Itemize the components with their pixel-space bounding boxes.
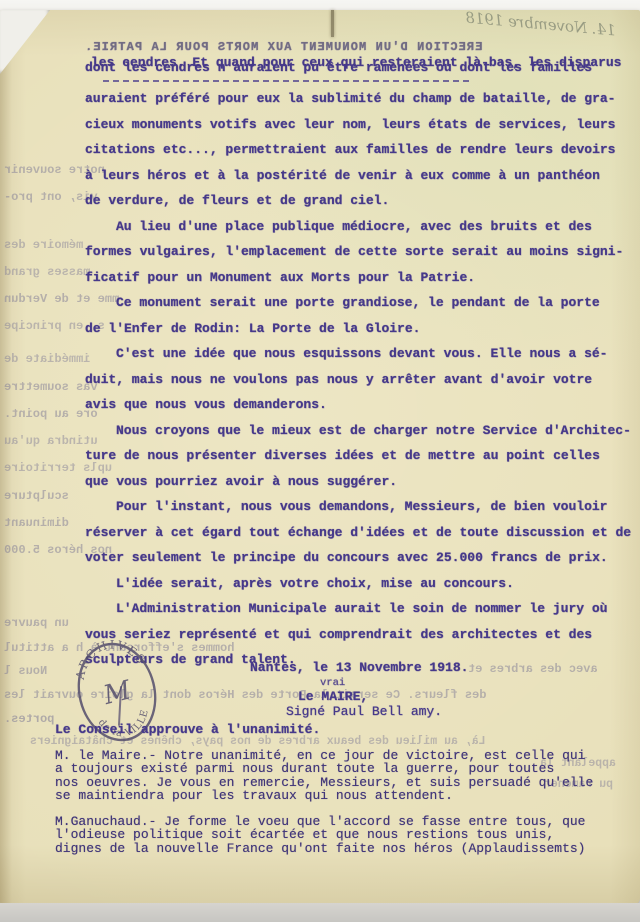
dashed-underline	[103, 80, 469, 82]
scanned-document-page: ERECTION D'UN MONUMENT AUX MORTS POUR LA…	[0, 0, 640, 922]
minutes-line: l'odieuse politique soit écartée et que …	[55, 828, 640, 842]
bleed-fragment: sculpture	[4, 489, 69, 503]
typed-line: de l'Enfer de Rodin: La Porte de la Gloi…	[85, 316, 637, 342]
fold-crease-mark	[331, 10, 334, 37]
bleed-fragment: un pauvre	[4, 616, 69, 630]
minutes-line: nos oeuvres. Je vous en remercie, Messie…	[55, 776, 640, 790]
typed-line: avis que nous vous demanderons.	[85, 392, 637, 418]
council-approval-line: Le Conseil approuve à l'unanimité.	[55, 723, 640, 737]
typed-line: Nous croyons que le mieux est de charger…	[85, 418, 637, 444]
typed-line: Pour l'instant, nous vous demandons, Mes…	[85, 494, 637, 520]
typed-body-text: auraient préféré pour eux la sublimité d…	[85, 86, 637, 673]
typed-line: formes vulgaires, l'emplacement de cette…	[85, 239, 637, 265]
bleed-fragment: diminuant	[4, 516, 69, 530]
ganuchaud-paragraph: M.Ganuchaud.- Je forme le voeu que l'acc…	[55, 815, 640, 856]
bleedthrough-title: ERECTION D'UN MONUMENT AUX MORTS POUR LA…	[84, 40, 482, 54]
typed-line: L'idée serait, après votre choix, mise a…	[85, 571, 637, 597]
vrai-note: vrai	[320, 677, 345, 689]
council-minutes: Le Conseil approuve à l'unanimité. M. le…	[55, 723, 640, 855]
typed-line: auraient préféré pour eux la sublimité d…	[85, 86, 637, 112]
signature-line: Signé Paul Bell amy.	[286, 704, 442, 719]
typed-line: voter seulement le principe du concours …	[85, 545, 637, 571]
typed-line: C'est une idée que nous esquissons devan…	[85, 341, 637, 367]
bleed-fragment: Nous l	[4, 664, 47, 678]
scanner-background	[0, 903, 640, 922]
typed-line: à leurs héros et à la postérité de venir…	[85, 163, 637, 189]
bleed-fragment: mémoire des	[4, 238, 83, 252]
typed-line: Ce monument serait une porte grandiose, …	[85, 290, 637, 316]
typed-line: citations etc..., permettraient aux fami…	[85, 137, 637, 163]
typed-line: cieux monuments votifs avec leur nom, le…	[85, 112, 637, 138]
typed-line: duit, mais nous ne voulons pas nous y ar…	[85, 367, 637, 393]
typed-line: de verdure, de fleurs et de grand ciel.	[85, 188, 637, 214]
bleed-fragment: masses grand	[4, 265, 90, 279]
minutes-line: M. le Maire.- Notre unanimité, en ce jou…	[55, 749, 640, 763]
minutes-line: M.Ganuchaud.- Je forme le voeu que l'acc…	[55, 815, 640, 829]
typed-line: ture de nous présenter diverses idées et…	[85, 443, 637, 469]
typed-line: Au lieu d'une place publique médiocre, a…	[85, 214, 637, 240]
mayor-paragraph: M. le Maire.- Notre unanimité, en ce jou…	[55, 749, 640, 803]
bleed-fragment: ore au point.	[4, 407, 98, 421]
typed-line: réserver à cet égard tout échange d'idée…	[85, 520, 637, 546]
minutes-line: dignes de la nouvelle France qu'ont fait…	[55, 842, 640, 856]
typed-line: L'Administration Municipale aurait le so…	[85, 596, 637, 622]
overlap-line-b: dont les cendres n'auraient pu être rame…	[85, 60, 592, 75]
stamp-center-letter: M	[100, 675, 135, 711]
bleed-fragment: immédiate de	[4, 352, 90, 366]
mayor-title-line: Le MAIRE,	[298, 689, 368, 704]
typed-line: que vous pourriez avoir à nous suggérer.	[85, 469, 637, 495]
bleed-fragment: vas soumettre	[4, 380, 98, 394]
bleed-fragment: vis, ont pro-	[4, 190, 98, 204]
typed-line: vous seriez représenté et qui comprendra…	[85, 622, 637, 648]
bleed-fragment: portes.	[4, 712, 54, 726]
minutes-line: a toujours existé parmi nous durant tout…	[55, 762, 640, 776]
minutes-line: se maintiendra pour les travaux qui nous…	[55, 789, 640, 803]
bleed-fragment: utindra qu'au	[4, 434, 98, 448]
place-date-line: Nantes, le 13 Novembre 1918.	[250, 660, 468, 675]
typed-line: ficatif pour un Monument aux Morts pour …	[85, 265, 637, 291]
